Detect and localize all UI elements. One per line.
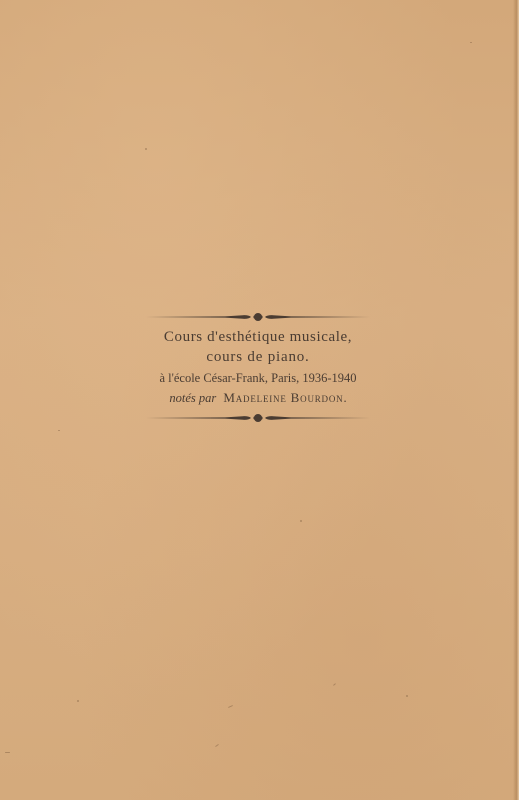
bottom-ornament-divider-icon: [145, 412, 371, 424]
paper-speck: [406, 695, 408, 697]
paper-speck: [145, 148, 147, 150]
paper-speck: [5, 752, 10, 753]
paper-speck: [333, 683, 336, 686]
document-page: Cours d'esthétique musicale, cours de pi…: [0, 0, 519, 800]
paper-speck: [470, 42, 472, 43]
author-suffix: .: [343, 391, 346, 405]
paper-speck: [228, 705, 233, 708]
school-and-dates: à l'école César-Frank, Paris, 1936-1940: [145, 369, 371, 388]
course-title: Cours d'esthétique musicale,: [145, 327, 371, 347]
title-block: Cours d'esthétique musicale, cours de pi…: [145, 311, 371, 424]
author-line: notés par Madeleine Bourdon.: [145, 388, 371, 408]
paper-speck: [58, 430, 60, 431]
author-name: Madeleine Bourdon: [223, 390, 343, 405]
paper-speck: [215, 744, 219, 747]
top-ornament-divider-icon: [145, 311, 371, 323]
paper-speck: [77, 700, 79, 702]
paper-speck: [300, 520, 302, 522]
page-right-edge: [513, 0, 519, 800]
author-prefix: notés par: [169, 391, 216, 405]
course-subtitle: cours de piano.: [145, 347, 371, 367]
